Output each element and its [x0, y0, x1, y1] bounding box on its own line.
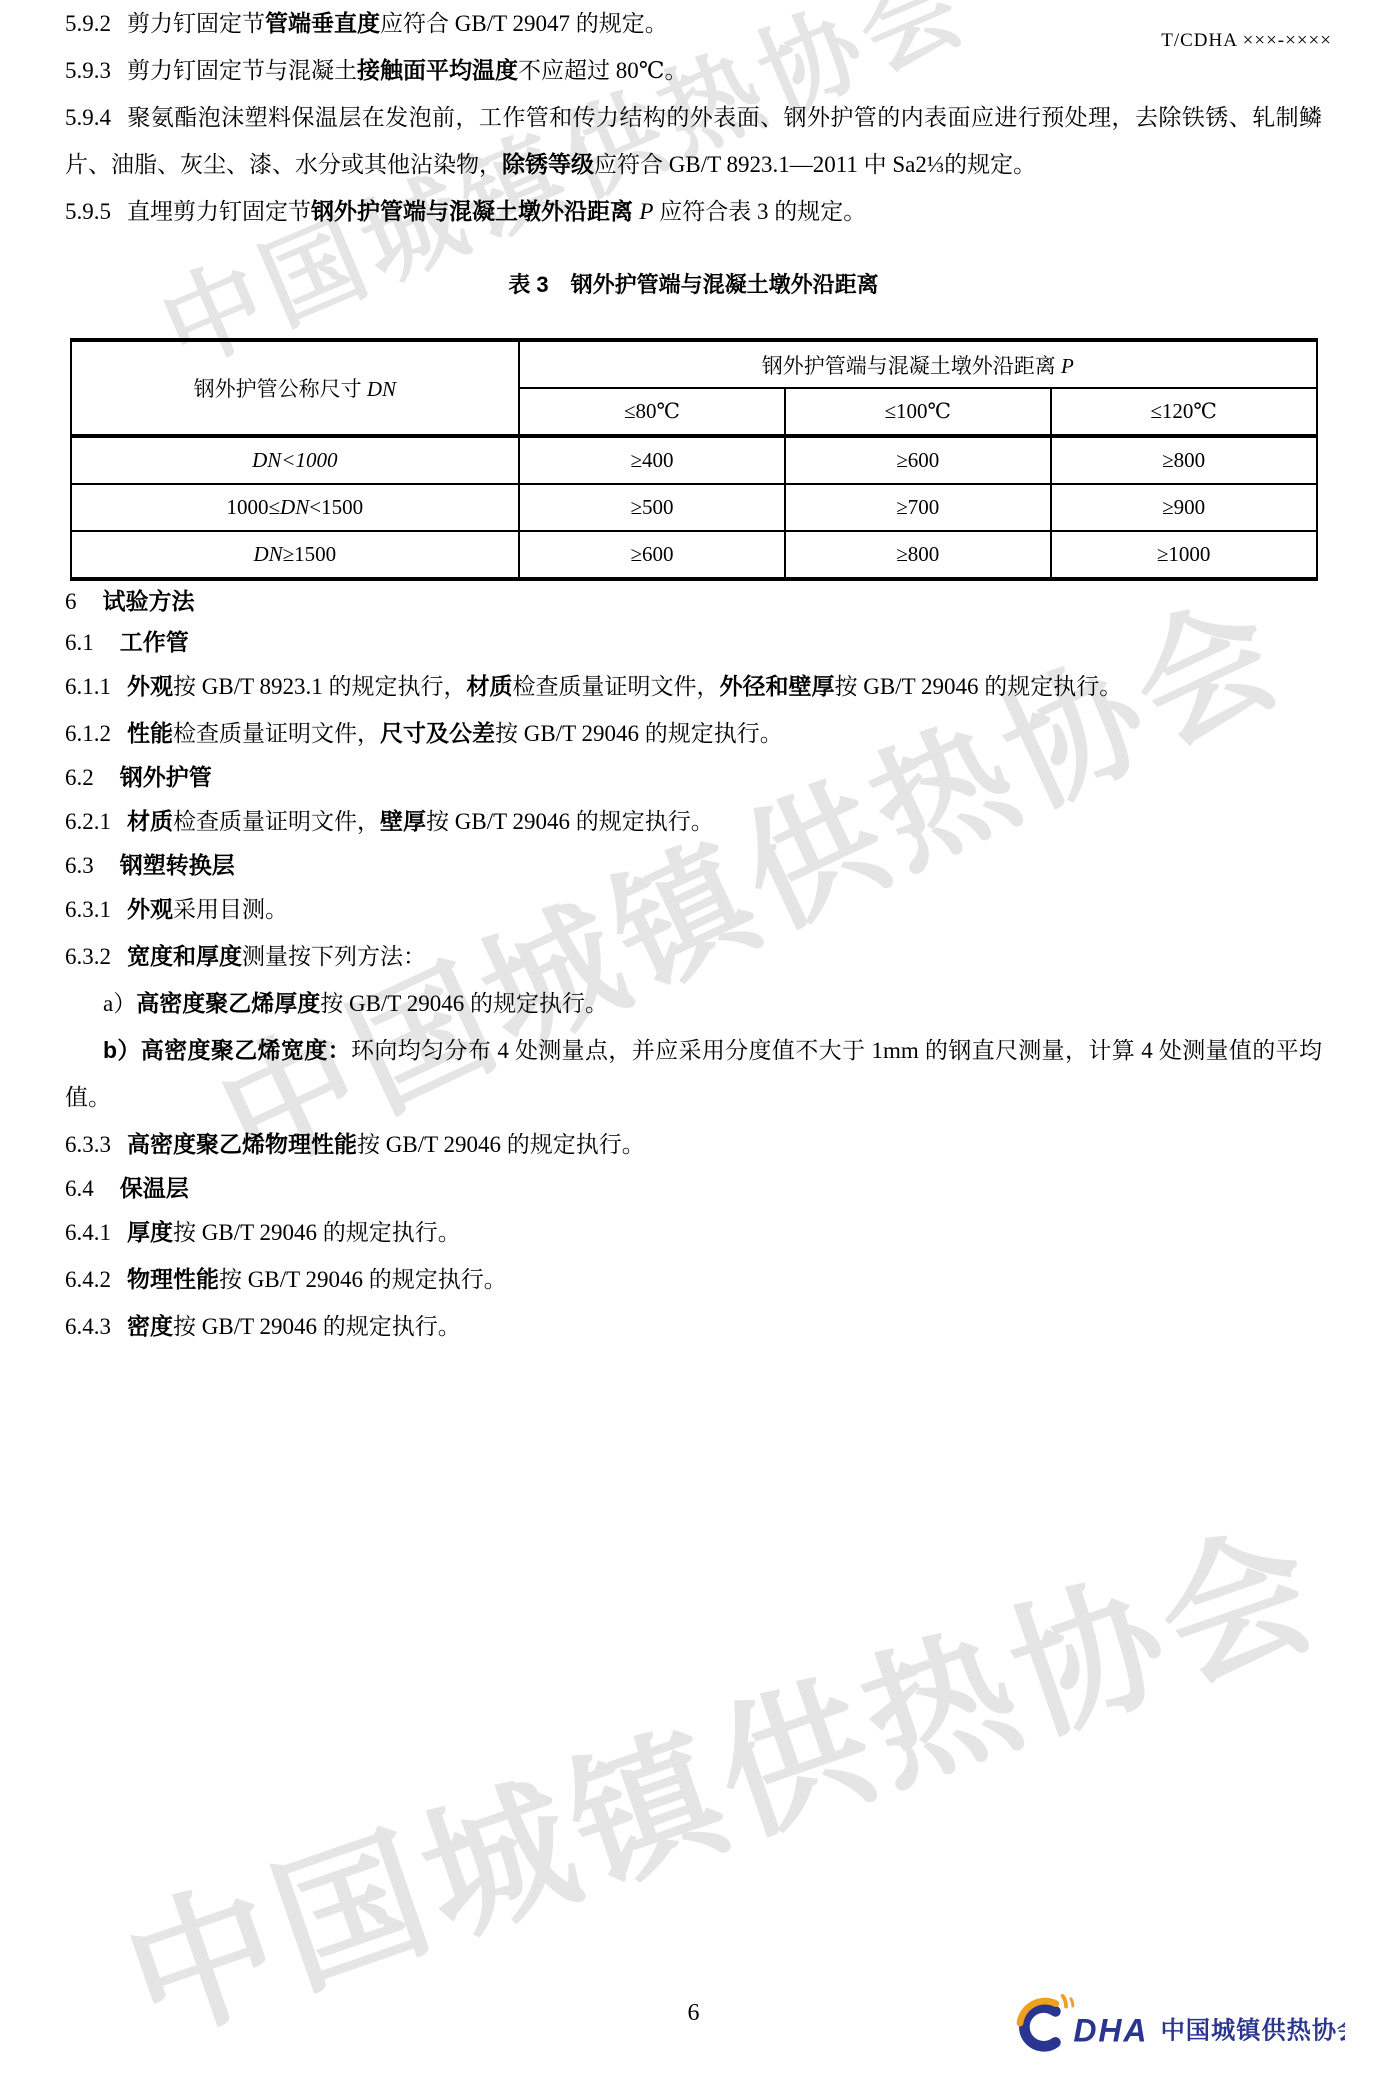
- clause-6-1-2: 6.1.2性能检查质量证明文件，尺寸及公差按 GB/T 29046 的规定执行。: [65, 710, 1322, 757]
- clause-number: 6.1.1: [65, 674, 111, 699]
- section-6-heading: 6试验方法: [65, 581, 1322, 622]
- logo-name: 中国城镇供热协会: [1161, 2017, 1345, 2045]
- section-number: 6.3: [65, 853, 94, 878]
- cell-dn-range: DN≥1500: [71, 531, 520, 579]
- table-3: 钢外护管公称尺寸 DN 钢外护管端与混凝土墩外沿距离 P ≤80℃ ≤100℃ …: [70, 338, 1318, 581]
- clause-6-4-3: 6.4.3密度按 GB/T 29046 的规定执行。: [65, 1303, 1322, 1350]
- text-run: 测量按下列方法：: [242, 944, 426, 969]
- table-3-title: 表 3 钢外护管端与混凝土墩外沿距离: [65, 265, 1322, 305]
- doc-code: T/CDHA ×××-××××: [1161, 30, 1332, 52]
- section-number: 6.4: [65, 1176, 94, 1201]
- clause-text: 外观采用目测。: [127, 897, 288, 922]
- text-run: DN: [367, 377, 396, 401]
- watermark: 中国城镇供热协会: [95, 1469, 1344, 2076]
- section-title: 钢塑转换层: [120, 852, 235, 878]
- item-text: b）高密度聚乙烯宽度：环向均匀分布 4 处测量点，并应采用分度值不大于 1mm …: [65, 1038, 1322, 1110]
- text-run: 直埋剪力钉固定节: [127, 199, 311, 224]
- section-title: 保温层: [120, 1175, 189, 1201]
- text-run: 材质: [466, 673, 512, 699]
- text-run: 高密度聚乙烯物理性能: [127, 1131, 357, 1157]
- text-run: 按 GB/T 29046 的规定执行。: [495, 721, 783, 746]
- text-run: 外径和壁厚: [719, 673, 834, 699]
- section-6-2-heading: 6.2钢外护管: [65, 757, 1322, 798]
- logo-spark-icon: [1063, 1996, 1066, 2007]
- clause-number: 6.2.1: [65, 809, 111, 834]
- col-header-distance: 钢外护管端与混凝土墩外沿距离 P: [519, 340, 1316, 388]
- section-number: 6: [65, 589, 77, 614]
- clause-number: 6.4.3: [65, 1314, 111, 1339]
- text-run: 尺寸及公差: [380, 720, 495, 746]
- text-run: 按 GB/T 29046 的规定执行。: [426, 809, 714, 834]
- text-run: DN<1000: [252, 448, 337, 472]
- text-run: DN: [253, 542, 282, 566]
- item-text: a）高密度聚乙烯厚度按 GB/T 29046 的规定执行。: [103, 991, 608, 1016]
- text-run: 钢外护管公称尺寸: [194, 377, 367, 401]
- clause-number: 5.9.4: [65, 105, 111, 130]
- text-run: 材质: [127, 808, 173, 834]
- text-run: <1500: [309, 495, 363, 519]
- text-run: 管端垂直度: [265, 10, 380, 36]
- clause-text: 剪力钉固定节管端垂直度应符合 GB/T 29047 的规定。: [127, 11, 668, 36]
- clause-6-1-1: 6.1.1外观按 GB/T 8923.1 的规定执行，材质检查质量证明文件，外径…: [65, 663, 1322, 710]
- section-6-4-heading: 6.4保温层: [65, 1168, 1322, 1209]
- col-header-temp-100: ≤100℃: [785, 388, 1051, 436]
- clause-text: 聚氨酯泡沫塑料保温层在发泡前，工作管和传力结构的外表面、钢外护管的内表面应进行预…: [65, 105, 1322, 177]
- clause-text: 直埋剪力钉固定节钢外护管端与混凝土墩外沿距离 P 应符合表 3 的规定。: [127, 199, 866, 224]
- clause-text: 密度按 GB/T 29046 的规定执行。: [127, 1314, 461, 1339]
- cell-distance-value: ≥900: [1051, 484, 1317, 531]
- text-run: 接触面平均温度: [357, 57, 518, 83]
- clause-6-4-1: 6.4.1厚度按 GB/T 29046 的规定执行。: [65, 1209, 1322, 1256]
- text-run: 检查质量证明文件，: [512, 674, 719, 699]
- clause-6-3-1: 6.3.1外观采用目测。: [65, 886, 1322, 933]
- cell-distance-value: ≥1000: [1051, 531, 1317, 579]
- cell-distance-value: ≥600: [785, 436, 1051, 484]
- logo-c-mark-icon: [1024, 2008, 1055, 2047]
- text-run: 检查质量证明文件，: [173, 721, 380, 746]
- section-6-1-heading: 6.1工作管: [65, 622, 1322, 663]
- section-title: 工作管: [120, 629, 189, 655]
- clause-6-3-3: 6.3.3高密度聚乙烯物理性能按 GB/T 29046 的规定执行。: [65, 1121, 1322, 1168]
- text-run: 密度: [127, 1313, 173, 1339]
- text-run: 按 GB/T 29046 的规定执行。: [219, 1267, 507, 1292]
- clause-6-2-1: 6.2.1材质检查质量证明文件，壁厚按 GB/T 29046 的规定执行。: [65, 798, 1322, 845]
- text-run: a）: [103, 991, 136, 1016]
- clause-6-3-2: 6.3.2宽度和厚度测量按下列方法：: [65, 933, 1322, 980]
- clause-text: 剪力钉固定节与混凝土接触面平均温度不应超过 80℃。: [127, 58, 687, 83]
- clause-text: 物理性能按 GB/T 29046 的规定执行。: [127, 1267, 507, 1292]
- table-row: DN≥1500≥600≥800≥1000: [71, 531, 1317, 579]
- text-run: P: [1061, 354, 1074, 378]
- cell-distance-value: ≥800: [785, 531, 1051, 579]
- clause-number: 5.9.2: [65, 11, 111, 36]
- text-run: 外观: [127, 896, 173, 922]
- section-number: 6.2: [65, 765, 94, 790]
- clause-5-9-3: 5.9.3剪力钉固定节与混凝土接触面平均温度不应超过 80℃。: [65, 47, 1322, 94]
- clause-5-9-2: 5.9.2剪力钉固定节管端垂直度应符合 GB/T 29047 的规定。: [65, 0, 1322, 47]
- text-run: ≥1500: [283, 542, 337, 566]
- logo-acronym: DHA: [1073, 2012, 1148, 2048]
- list-item-a: a）高密度聚乙烯厚度按 GB/T 29046 的规定执行。: [65, 980, 1322, 1027]
- section-title: 试验方法: [103, 588, 195, 614]
- col-header-temp-80: ≤80℃: [519, 388, 785, 436]
- clause-number: 5.9.3: [65, 58, 111, 83]
- clause-5-9-5: 5.9.5直埋剪力钉固定节钢外护管端与混凝土墩外沿距离 P 应符合表 3 的规定…: [65, 188, 1322, 235]
- text-run: 厚度: [127, 1219, 173, 1245]
- clause-text: 性能检查质量证明文件，尺寸及公差按 GB/T 29046 的规定执行。: [127, 721, 783, 746]
- clause-5-9-4: 5.9.4聚氨酯泡沫塑料保温层在发泡前，工作管和传力结构的外表面、钢外护管的内表…: [65, 94, 1322, 188]
- text-run: DN: [280, 495, 309, 519]
- text-run: 外观: [127, 673, 173, 699]
- clause-number: 6.3.2: [65, 944, 111, 969]
- clause-number: 6.3.1: [65, 897, 111, 922]
- text-run: 壁厚: [380, 808, 426, 834]
- cdha-logo: DHA 中国城镇供热协会: [1015, 1992, 1345, 2061]
- cell-distance-value: ≥600: [519, 531, 785, 579]
- cell-dn-range: DN<1000: [71, 436, 520, 484]
- clause-number: 5.9.5: [65, 199, 111, 224]
- cdha-logo-graphic: DHA 中国城镇供热协会: [1015, 1992, 1345, 2056]
- cell-distance-value: ≥500: [519, 484, 785, 531]
- clause-text: 高密度聚乙烯物理性能按 GB/T 29046 的规定执行。: [127, 1132, 645, 1157]
- col-header-dn: 钢外护管公称尺寸 DN: [71, 340, 520, 436]
- clause-number: 6.4.2: [65, 1267, 111, 1292]
- table-row: 1000≤DN<1500≥500≥700≥900: [71, 484, 1317, 531]
- cell-dn-range: 1000≤DN<1500: [71, 484, 520, 531]
- clause-number: 6.4.1: [65, 1220, 111, 1245]
- text-run: b）: [103, 1037, 141, 1063]
- clause-number: 6.3.3: [65, 1132, 111, 1157]
- logo-spark-icon: [1071, 1999, 1073, 2006]
- cell-distance-value: ≥800: [1051, 436, 1317, 484]
- section-6-3-heading: 6.3钢塑转换层: [65, 845, 1322, 886]
- section-number: 6.1: [65, 630, 94, 655]
- clause-text: 材质检查质量证明文件，壁厚按 GB/T 29046 的规定执行。: [127, 809, 714, 834]
- text-run: 钢外护管端与混凝土墩外沿距离: [311, 198, 639, 224]
- text-run: 按 GB/T 29046 的规定执行。: [834, 674, 1122, 699]
- text-run: 应符合 GB/T 29047 的规定。: [380, 11, 668, 36]
- text-run: 1000≤: [227, 495, 281, 519]
- text-run: 剪力钉固定节与混凝土: [127, 58, 357, 83]
- text-run: 应符合 GB/T 8923.1—2011 中 Sa2⅓的规定。: [594, 152, 1036, 177]
- text-run: 高密度聚乙烯宽度：: [141, 1037, 351, 1063]
- text-run: 钢外护管端与混凝土墩外沿距离: [762, 354, 1061, 378]
- cell-distance-value: ≥700: [785, 484, 1051, 531]
- clause-text: 宽度和厚度测量按下列方法：: [127, 944, 426, 969]
- text-run: 物理性能: [127, 1266, 219, 1292]
- document-page: 中国城镇供热协会 中国城镇供热协会 中国城镇供热协会 T/CDHA ×××-××…: [0, 0, 1387, 2085]
- text-run: 性能: [127, 720, 173, 746]
- text-run: 按 GB/T 29046 的规定执行。: [173, 1314, 461, 1339]
- clause-text: 外观按 GB/T 8923.1 的规定执行，材质检查质量证明文件，外径和壁厚按 …: [127, 674, 1122, 699]
- text-run: 检查质量证明文件，: [173, 809, 380, 834]
- clause-6-4-2: 6.4.2物理性能按 GB/T 29046 的规定执行。: [65, 1256, 1322, 1303]
- col-header-temp-120: ≤120℃: [1051, 388, 1317, 436]
- text-run: 按 GB/T 29046 的规定执行。: [320, 991, 608, 1016]
- clause-number: 6.1.2: [65, 721, 111, 746]
- text-run: 高密度聚乙烯厚度: [136, 990, 320, 1016]
- list-item-b: b）高密度聚乙烯宽度：环向均匀分布 4 处测量点，并应采用分度值不大于 1mm …: [65, 1027, 1322, 1121]
- table-body: DN<1000≥400≥600≥8001000≤DN<1500≥500≥700≥…: [71, 436, 1317, 579]
- text-run: 按 GB/T 29046 的规定执行。: [357, 1132, 645, 1157]
- page-content: 5.9.2剪力钉固定节管端垂直度应符合 GB/T 29047 的规定。 5.9.…: [0, 0, 1387, 1350]
- table-row: DN<1000≥400≥600≥800: [71, 436, 1317, 484]
- text-run: 应符合表 3 的规定。: [653, 199, 866, 224]
- text-run: 不应超过 80℃。: [518, 58, 687, 83]
- text-run: 宽度和厚度: [127, 943, 242, 969]
- text-run: 采用目测。: [173, 897, 288, 922]
- table-header-row: 钢外护管公称尺寸 DN 钢外护管端与混凝土墩外沿距离 P: [71, 340, 1317, 388]
- text-run: 除锈等级: [502, 151, 594, 177]
- text-run: 剪力钉固定节: [127, 11, 265, 36]
- text-run: P: [639, 199, 653, 224]
- text-run: 按 GB/T 8923.1 的规定执行，: [173, 674, 466, 699]
- cell-distance-value: ≥400: [519, 436, 785, 484]
- clause-text: 厚度按 GB/T 29046 的规定执行。: [127, 1220, 461, 1245]
- section-title: 钢外护管: [120, 764, 212, 790]
- text-run: 按 GB/T 29046 的规定执行。: [173, 1220, 461, 1245]
